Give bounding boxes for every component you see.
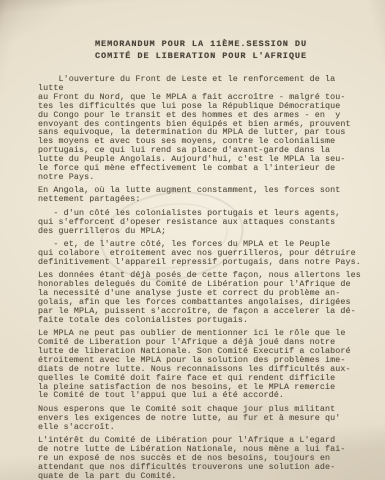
document-title-line-1: MEMORANDUM POUR LA 11ÈME.SESSION DU xyxy=(38,38,364,50)
paragraph-interet-comite: L'intérêt du Comité de Libération pour l… xyxy=(38,436,364,480)
scanned-memorandum-page: MEMORANDUM POUR LA 11ÈME.SESSION DU COMI… xyxy=(0,0,385,480)
document-title: MEMORANDUM POUR LA 11ÈME.SESSION DU COMI… xyxy=(38,38,364,62)
list-item-colonialistes: - d'un côté les colonialistes portugais … xyxy=(38,209,364,236)
document-title-line-2: COMITÉ DE LIBERATION POUR L'AFRIQUE xyxy=(38,50,364,62)
paragraph-en-angola: En Angola, où la lutte augment constamme… xyxy=(38,186,364,204)
paragraph-les-donnees: Les données étant déjà posés de cette fa… xyxy=(38,271,364,324)
paragraph-nous-esperons: Nous esperons que le Comité soit chaque … xyxy=(38,405,364,432)
paragraph-opening-front-de-leste: L'ouverture du Front de Leste et le renf… xyxy=(38,75,364,182)
paragraph-role-comite: Le MPLA ne peut pas oublier de mentionne… xyxy=(38,329,364,400)
document-body: MEMORANDUM POUR LA 11ÈME.SESSION DU COMI… xyxy=(38,34,364,480)
list-item-forces-mpla: - et, de l'autre côté, les forces du MPL… xyxy=(38,240,364,267)
